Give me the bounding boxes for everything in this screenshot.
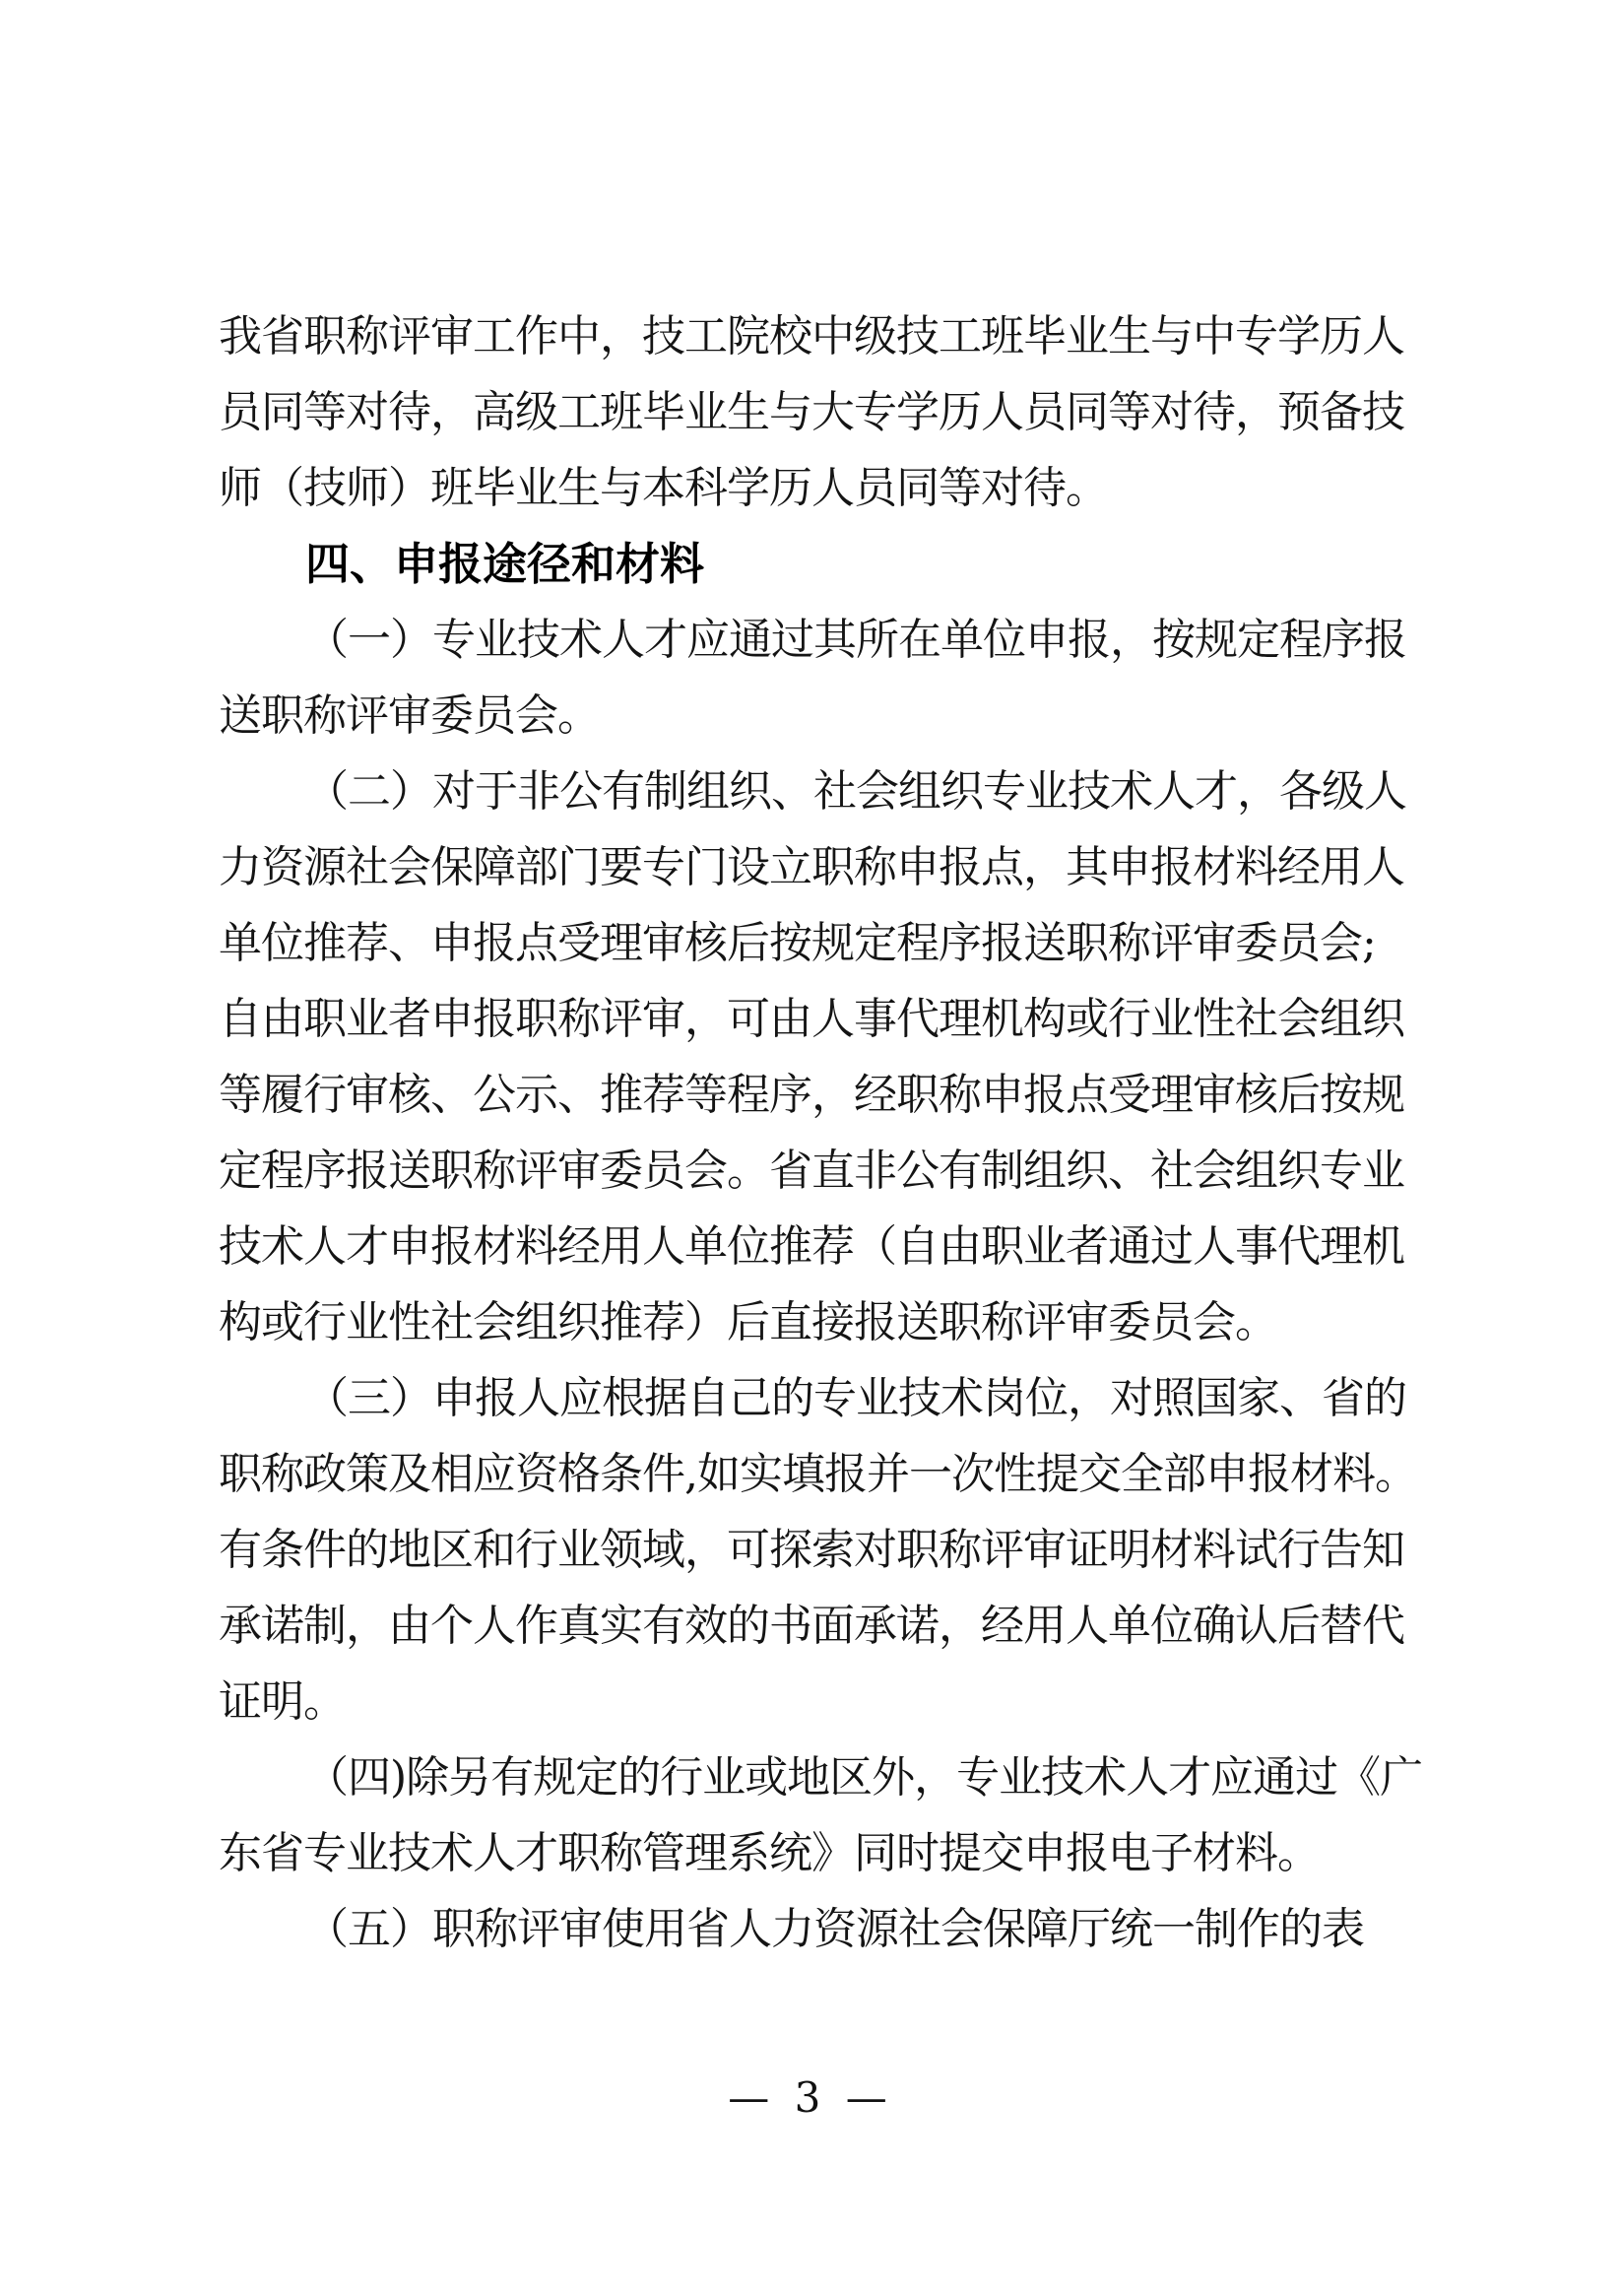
body-text-line: （五）职称评审使用省人力资源社会保障厅统一制作的表 — [219, 1891, 1425, 1967]
body-text-line: 我省职称评审工作中，技工院校中级技工班毕业生与中专学历人 — [219, 298, 1425, 374]
body-text-line: 东省专业技术人才职称管理系统》同时提交申报电子材料。 — [219, 1815, 1425, 1891]
body-text-line: 员同等对待，高级工班毕业生与大专学历人员同等对待，预备技 — [219, 374, 1425, 450]
body-text-line: （四)除另有规定的行业或地区外，专业技术人才应通过《广 — [219, 1739, 1425, 1815]
body-text-line: 承诺制，由个人作真实有效的书面承诺，经用人单位确认后替代 — [219, 1588, 1425, 1664]
body-text-line: 送职称评审委员会。 — [219, 678, 1425, 754]
body-text-line: 有条件的地区和行业领域，可探索对职称评审证明材料试行告知 — [219, 1512, 1425, 1588]
text-block: 我省职称评审工作中，技工院校中级技工班毕业生与中专学历人员同等对待，高级工班毕业… — [219, 298, 1425, 1967]
body-text-line: 自由职业者申报职称评审，可由人事代理机构或行业性社会组织 — [219, 981, 1425, 1057]
body-text-line: 等履行审核、公示、推荐等程序，经职称申报点受理审核后按规 — [219, 1057, 1425, 1133]
body-text-line: 力资源社会保障部门要专门设立职称申报点，其申报材料经用人 — [219, 829, 1425, 905]
page-number: — 3 — — [0, 2072, 1621, 2124]
body-text-line: 职称政策及相应资格条件,如实填报并一次性提交全部申报材料。 — [219, 1436, 1425, 1512]
document-page: 我省职称评审工作中，技工院校中级技工班毕业生与中专学历人员同等对待，高级工班毕业… — [0, 0, 1621, 2296]
body-text-line: 单位推荐、申报点受理审核后按规定程序报送职称评审委员会; — [219, 905, 1425, 981]
body-text-line: 定程序报送职称评审委员会。省直非公有制组织、社会组织专业 — [219, 1133, 1425, 1209]
body-text-line: 技术人才申报材料经用人单位推荐（自由职业者通过人事代理机 — [219, 1209, 1425, 1284]
body-text-line: 证明。 — [219, 1664, 1425, 1739]
body-text-line: （二）对于非公有制组织、社会组织专业技术人才，各级人 — [219, 754, 1425, 829]
body-text-line: （三）申报人应根据自己的专业技术岗位，对照国家、省的 — [219, 1360, 1425, 1436]
body-text-line: 师（技师）班毕业生与本科学历人员同等对待。 — [219, 450, 1425, 526]
body-text-line: 构或行业性社会组织推荐）后直接报送职称评审委员会。 — [219, 1284, 1425, 1360]
section-heading: 四、申报途径和材料 — [219, 526, 1425, 602]
body-text-line: （一）专业技术人才应通过其所在单位申报，按规定程序报 — [219, 602, 1425, 678]
